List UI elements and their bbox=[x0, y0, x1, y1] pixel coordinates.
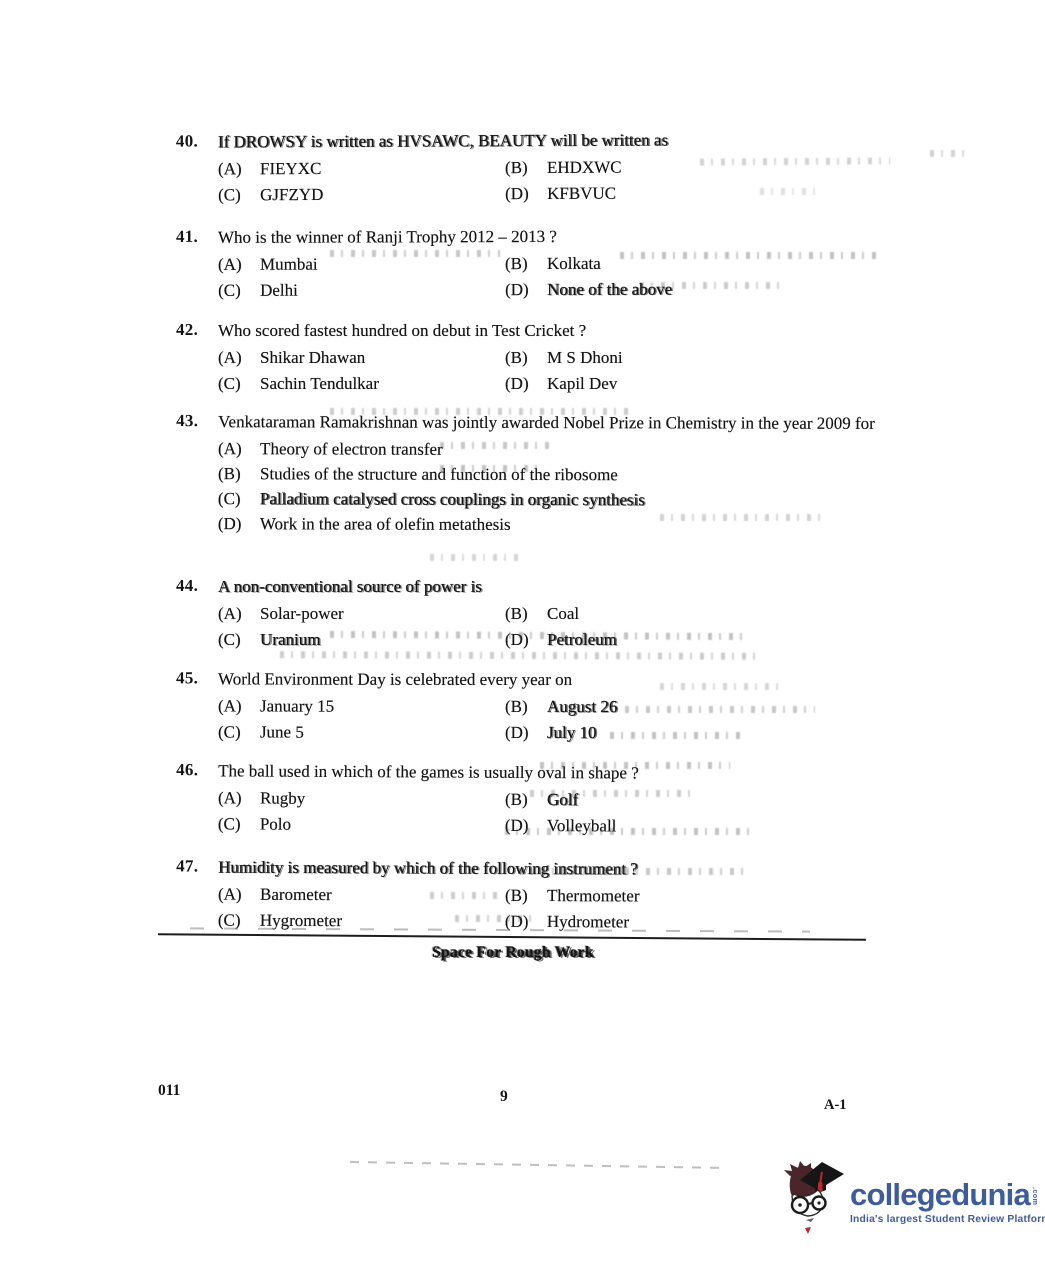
option-letter: (C) bbox=[218, 374, 260, 394]
scan-artifact bbox=[430, 554, 520, 561]
option-letter: (B) bbox=[505, 697, 547, 717]
option-text: June 5 bbox=[260, 723, 304, 743]
option-letter: (C) bbox=[218, 630, 260, 650]
question-number: 41. bbox=[176, 227, 198, 247]
option-text: Kolkata bbox=[547, 254, 601, 274]
scan-artifact bbox=[530, 790, 690, 797]
scan-artifact bbox=[660, 514, 820, 521]
scan-artifact bbox=[520, 868, 750, 875]
option-b: (B) Coal bbox=[505, 604, 896, 624]
option-text: Kapil Dev bbox=[547, 374, 617, 394]
option-c: (C) Delhi bbox=[218, 280, 505, 301]
option-letter: (B) bbox=[505, 348, 547, 368]
option-text: Thermometer bbox=[547, 886, 640, 906]
scan-artifact bbox=[455, 915, 535, 922]
scan-artifact bbox=[760, 188, 820, 195]
option-a: (A) January 15 bbox=[218, 696, 505, 717]
option-c: (C) GJFZYD bbox=[218, 184, 505, 205]
option-letter: (C) bbox=[218, 814, 260, 834]
option-letter: (B) bbox=[505, 254, 547, 274]
dashed-tear-line bbox=[350, 1161, 728, 1169]
option-text: January 15 bbox=[260, 697, 334, 717]
mascot-icon bbox=[778, 1158, 848, 1246]
option-letter: (A) bbox=[218, 159, 260, 179]
scan-artifact bbox=[640, 282, 780, 289]
option-b: (B) Thermometer bbox=[505, 886, 896, 908]
option-letter: (A) bbox=[218, 255, 260, 275]
option-letter: (C) bbox=[218, 185, 260, 205]
option-text: Work in the area of olefin metathesis bbox=[260, 514, 511, 535]
option-a: (A) Mumbai bbox=[218, 254, 505, 275]
option-text: EHDXWC bbox=[547, 158, 622, 178]
option-text: Uranium bbox=[260, 630, 320, 650]
question-number: 45. bbox=[176, 668, 198, 688]
option-b: (B) M S Dhoni bbox=[505, 348, 896, 368]
question-number: 44. bbox=[176, 576, 198, 596]
question-42: 42. Who scored fastest hundred on debut … bbox=[176, 320, 896, 394]
question-number: 46. bbox=[176, 760, 198, 780]
option-c: (C) Sachin Tendulkar bbox=[218, 374, 505, 394]
scan-artifact bbox=[330, 408, 630, 415]
option-text: Mumbai bbox=[260, 255, 318, 275]
option-letter: (A) bbox=[218, 788, 260, 808]
question-text: If DROWSY is written as HVSAWC, BEAUTY w… bbox=[218, 128, 896, 152]
exam-paper-page: 40. If DROWSY is written as HVSAWC, BEAU… bbox=[0, 0, 1045, 1274]
option-letter: (C) bbox=[218, 722, 260, 742]
option-text: KFBVUC bbox=[547, 184, 616, 204]
option-letter: (A) bbox=[218, 348, 260, 368]
option-letter: (A) bbox=[218, 604, 260, 624]
option-a: (A) FIEYXC bbox=[218, 158, 505, 179]
option-letter: (A) bbox=[218, 885, 260, 905]
option-text: Studies of the structure and function of… bbox=[260, 464, 618, 485]
option-letter: (D) bbox=[505, 184, 547, 204]
brand-suffix: .com bbox=[1031, 1187, 1038, 1205]
set-code: A-1 bbox=[824, 1097, 847, 1114]
option-letter: (B) bbox=[218, 464, 260, 484]
booklet-code: 011 bbox=[158, 1082, 180, 1100]
option-text: July 10 bbox=[547, 723, 597, 743]
question-number: 42. bbox=[176, 320, 198, 340]
option-text: GJFZYD bbox=[260, 185, 323, 205]
question-number: 47. bbox=[176, 856, 198, 876]
option-letter: (D) bbox=[505, 374, 547, 394]
brand-tagline: India's largest Student Review Platform bbox=[850, 1214, 1045, 1225]
option-letter: (B) bbox=[505, 158, 547, 178]
option-letter: (C) bbox=[218, 489, 260, 509]
question-number: 40. bbox=[176, 131, 198, 151]
option-letter: (B) bbox=[505, 604, 547, 624]
option-letter: (D) bbox=[218, 514, 260, 534]
page-number: 9 bbox=[500, 1088, 508, 1106]
option-c: (C) Polo bbox=[218, 814, 505, 836]
rough-work-label: Space For Rough Work bbox=[160, 944, 866, 962]
scan-artifact bbox=[930, 150, 970, 157]
question-41: 41. Who is the winner of Ranji Trophy 20… bbox=[176, 225, 896, 301]
option-text: M S Dhoni bbox=[547, 348, 623, 368]
option-d: (D) Kapil Dev bbox=[505, 374, 896, 394]
collegedunia-logo: collegedunia .com India's largest Studen… bbox=[778, 1158, 1040, 1246]
question-46: 46. The ball used in which of the games … bbox=[176, 760, 896, 838]
option-c: (C) Palladium catalysed cross couplings … bbox=[218, 489, 876, 511]
scan-artifact bbox=[440, 465, 540, 472]
option-a: (A) Rugby bbox=[218, 788, 505, 810]
scan-artifact bbox=[440, 442, 550, 449]
scan-artifact bbox=[660, 683, 780, 690]
option-text: Shikar Dhawan bbox=[260, 348, 365, 368]
divider-line bbox=[158, 933, 866, 941]
option-a: (A) Solar-power bbox=[218, 604, 505, 624]
scan-artifact bbox=[280, 651, 760, 660]
option-letter: (A) bbox=[218, 439, 260, 459]
option-letter: (C) bbox=[218, 281, 260, 301]
option-letter: (B) bbox=[505, 886, 547, 906]
scan-artifact bbox=[625, 706, 815, 713]
option-text: Sachin Tendulkar bbox=[260, 374, 379, 394]
scan-artifact bbox=[610, 732, 740, 739]
option-text: Rugby bbox=[260, 789, 305, 809]
scan-artifact bbox=[540, 762, 730, 769]
scan-artifact bbox=[620, 252, 880, 259]
option-letter: (D) bbox=[505, 723, 547, 743]
option-b: (B) Studies of the structure and functio… bbox=[218, 464, 876, 486]
brand-name: collegedunia bbox=[850, 1180, 1030, 1210]
option-text: Coal bbox=[547, 604, 579, 624]
option-text: August 26 bbox=[547, 697, 617, 717]
option-a: (A) Shikar Dhawan bbox=[218, 348, 505, 368]
question-text: Who scored fastest hundred on debut in T… bbox=[218, 320, 896, 341]
question-text: A non-conventional source of power is bbox=[218, 576, 896, 597]
option-text: Solar-power bbox=[260, 604, 344, 624]
option-text: Polo bbox=[260, 815, 291, 835]
question-text: Who is the winner of Ranji Trophy 2012 –… bbox=[218, 225, 896, 248]
option-text: Palladium catalysed cross couplings in o… bbox=[260, 489, 645, 510]
option-c: (C) June 5 bbox=[218, 722, 505, 743]
scan-artifact bbox=[330, 250, 500, 257]
option-text: Theory of electron transfer bbox=[260, 439, 443, 459]
option-text: Barometer bbox=[260, 885, 332, 905]
question-text: World Environment Day is celebrated ever… bbox=[218, 668, 896, 690]
scan-artifact bbox=[700, 157, 890, 165]
scan-artifact bbox=[505, 828, 755, 835]
question-number: 43. bbox=[176, 411, 198, 431]
option-text: Delhi bbox=[260, 281, 298, 301]
scan-artifact bbox=[430, 892, 500, 899]
question-43: 43. Venkataraman Ramakrishnan was jointl… bbox=[176, 411, 896, 541]
option-letter: (D) bbox=[505, 280, 547, 300]
option-letter: (A) bbox=[218, 696, 260, 716]
option-d: (D) KFBVUC bbox=[505, 182, 896, 204]
option-text: FIEYXC bbox=[260, 159, 321, 179]
